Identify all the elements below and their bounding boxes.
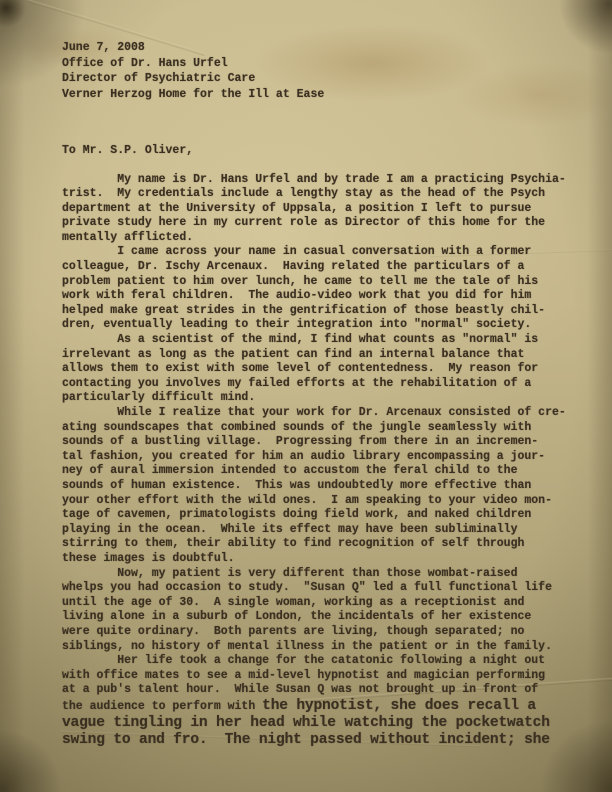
letter-body: My name is Dr. Hans Urfel and by trade I… [62, 173, 570, 751]
body-line: helped make great strides in the gentrif… [62, 304, 570, 319]
body-line: problem patient to him over lunch, he ca… [62, 275, 570, 290]
body-line: swing to and fro. The night passed witho… [62, 732, 570, 750]
letter-header: June 7, 2008 Office of Dr. Hans Urfel Di… [62, 40, 570, 102]
body-line: stirring to them, their ability to find … [62, 537, 570, 552]
body-line: contacting you involves my failed effort… [62, 377, 570, 392]
body-line: department at the University of Uppsala,… [62, 202, 570, 217]
body-line: ney of aural immersion intended to accus… [62, 464, 570, 479]
body-line: mentally afflicted. [62, 231, 570, 246]
body-line: the audience to perform with the hypnoti… [62, 698, 570, 715]
body-line: colleague, Dr. Ischy Arcenaux. Having re… [62, 260, 570, 275]
body-line: until the age of 30. A single woman, wor… [62, 596, 570, 611]
body-line: irrelevant as long as the patient can fi… [62, 348, 570, 363]
body-line: were quite ordinary. Both parents are li… [62, 625, 570, 640]
salutation: To Mr. S.P. Oliver, [62, 143, 570, 159]
body-line: playing in the ocean. While its effect m… [62, 523, 570, 538]
body-line: trist. My credentials include a lengthy … [62, 187, 570, 202]
body-line: with office mates to see a mid-level hyp… [62, 669, 570, 684]
body-line: I came across your name in casual conver… [62, 245, 570, 260]
body-line: vague tingling in her head while watchin… [62, 715, 570, 733]
body-line: work with feral children. The audio-vide… [62, 289, 570, 304]
body-line: siblings, no history of mental illness i… [62, 640, 570, 655]
body-line: ating soundscapes that combined sounds o… [62, 421, 570, 436]
body-line: these images is doubtful. [62, 552, 570, 567]
body-line: particularly difficult mind. [62, 391, 570, 406]
body-line-segment: the hypnotist, she does recall a [262, 698, 536, 714]
sender-title: Director of Psychiatric Care [62, 71, 570, 87]
body-line: dren, eventually leading to their integr… [62, 318, 570, 333]
body-line: tal fashion, you created for him an audi… [62, 450, 570, 465]
body-line: your other effort with the wild ones. I … [62, 494, 570, 509]
body-line: allows them to exist with some level of … [62, 362, 570, 377]
body-line: While I realize that your work for Dr. A… [62, 406, 570, 421]
body-line: tage of cavemen, primatologists doing fi… [62, 508, 570, 523]
body-line: at a pub's talent hour. While Susan Q wa… [62, 683, 570, 698]
typewritten-letter: June 7, 2008 Office of Dr. Hans Urfel Di… [62, 40, 570, 750]
body-line: whelps you had occasion to study. "Susan… [62, 581, 570, 596]
body-line: private study here in my current role as… [62, 216, 570, 231]
body-line: living alone in a suburb of London, the … [62, 610, 570, 625]
body-line: sounds of a bustling village. Progressin… [62, 435, 570, 450]
sender-institution: Verner Herzog Home for the Ill at Ease [62, 87, 570, 103]
letter-date: June 7, 2008 [62, 40, 570, 56]
body-line: My name is Dr. Hans Urfel and by trade I… [62, 173, 570, 188]
body-line-segment: the audience to perform with [62, 700, 262, 713]
letter-photo: June 7, 2008 Office of Dr. Hans Urfel Di… [0, 0, 612, 792]
body-line: Now, my patient is very different than t… [62, 567, 570, 582]
body-line: sounds of human existence. This was undo… [62, 479, 570, 494]
sender-office: Office of Dr. Hans Urfel [62, 56, 570, 72]
body-line: As a scientist of the mind, I find what … [62, 333, 570, 348]
body-line: Her life took a change for the catatonic… [62, 654, 570, 669]
